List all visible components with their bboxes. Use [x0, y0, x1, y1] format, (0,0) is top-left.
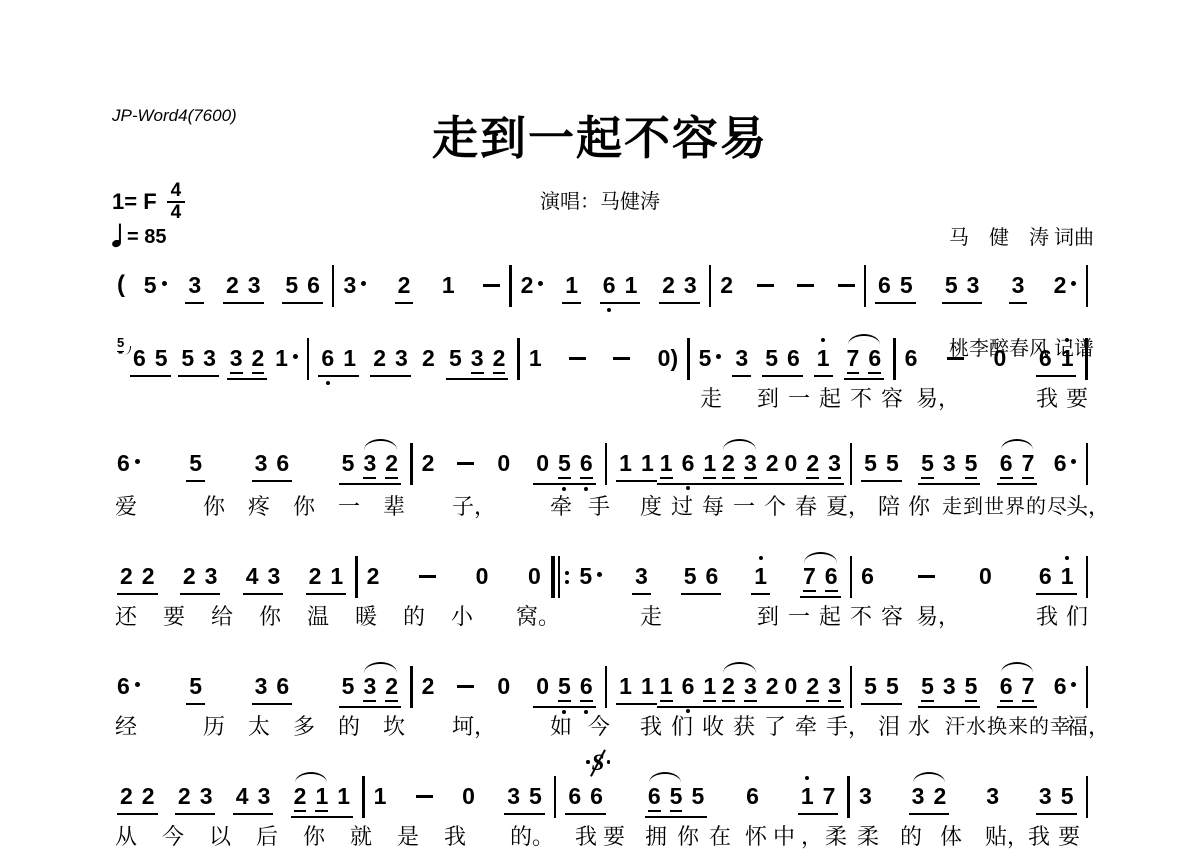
beam-group: 56	[282, 272, 323, 304]
beam-group: 32	[227, 345, 268, 380]
beam-group: 35	[504, 783, 545, 815]
jianpu-note: 5	[529, 783, 542, 809]
lyric-segment: 牵手	[550, 490, 626, 521]
jianpu-note: 6	[861, 563, 874, 589]
dash-rest-line	[457, 685, 474, 688]
beam-group: 11	[616, 673, 657, 705]
barline	[850, 556, 853, 598]
augmentation-dot-icon	[293, 354, 298, 359]
lyric-segment: 到一起不容	[757, 382, 912, 413]
jianpu-note: 1	[337, 783, 350, 809]
measure: 6536532	[110, 450, 408, 485]
measure: 5356176	[572, 563, 847, 598]
beam-group: 535	[918, 450, 980, 485]
jianpu-note: 2	[766, 450, 779, 476]
jianpu-note: 6	[276, 673, 289, 699]
measure: 11161232023	[609, 673, 848, 708]
beam-group: 655	[645, 783, 707, 818]
jianpu-note: 3	[859, 783, 872, 809]
lyric-segment: 福，	[1066, 710, 1110, 741]
jianpu-note: 0	[785, 673, 798, 699]
lyric-segment: 怀中，	[745, 820, 829, 850]
jianpu-note: 1	[625, 272, 638, 298]
jianpu-note: 6	[682, 673, 695, 699]
jianpu-note: 1	[374, 783, 387, 809]
lyric-segment: 我们收获了牵	[640, 710, 826, 741]
jianpu-note: 3	[684, 272, 697, 298]
dash-rest-line	[419, 575, 436, 578]
dash-rest-line	[947, 357, 964, 360]
lyric-segment: 贴，	[985, 820, 1029, 850]
jianpu-note: 3	[744, 673, 757, 702]
jianpu-note: 3	[343, 272, 366, 298]
jianpu-note: 2	[226, 272, 239, 298]
jianpu-note: 7	[803, 563, 816, 592]
jianpu-note: 2	[720, 272, 733, 298]
jianpu-note: 2	[373, 345, 386, 371]
lyric-segment: 我要	[1036, 382, 1096, 413]
jianpu-note: 2	[1054, 272, 1077, 298]
dash-rest-line	[483, 284, 500, 287]
beam-group: 36	[252, 450, 293, 482]
beam-group: 056	[533, 450, 595, 485]
beam-group: 76	[800, 563, 841, 598]
jianpu-note: 6	[580, 673, 593, 702]
beam-group: 53	[178, 345, 219, 377]
music-line-2: 565533216123253210)53561766061	[110, 345, 1090, 380]
beam-group: 23	[370, 345, 411, 377]
barline	[307, 338, 310, 380]
jianpu-note: 2	[120, 563, 133, 589]
lyric-segment: 窝。	[516, 600, 560, 631]
jianpu-note: 0	[785, 450, 798, 476]
jianpu-note: 6	[133, 345, 146, 371]
barline	[410, 443, 413, 485]
slur-arc-icon: 21	[294, 783, 329, 812]
jianpu-note: 3	[912, 783, 925, 809]
augmentation-dot-icon	[716, 354, 721, 359]
beam-group: 43	[243, 563, 284, 595]
segno-dot	[607, 760, 611, 764]
beam-group: 23	[223, 272, 264, 304]
jianpu-note: 5	[189, 450, 202, 476]
jianpu-note: 3	[395, 345, 408, 371]
jianpu-note: 0	[528, 563, 541, 589]
beam-group: 65	[130, 345, 171, 377]
credit-lyricist-composer: 马 健 涛 词曲	[949, 220, 1094, 257]
beam-group: 2	[395, 272, 414, 304]
barline	[355, 556, 358, 598]
beam-group: 5	[186, 450, 205, 482]
jianpu-note: 6	[568, 783, 581, 809]
jianpu-note: 6	[276, 450, 289, 476]
measure: (532356	[110, 272, 330, 304]
beam-group: 1	[814, 345, 833, 377]
barline	[864, 265, 867, 307]
beam-group: 023	[782, 673, 844, 708]
jianpu-note: 6	[1000, 673, 1013, 702]
barline	[332, 265, 335, 307]
augmentation-dot-icon	[1071, 281, 1076, 286]
jianpu-note: 0	[536, 450, 549, 476]
jianpu-note: 6	[1054, 673, 1077, 699]
beam-group: 55	[861, 450, 902, 482]
jianpu-note: 1	[1061, 563, 1074, 589]
barline	[687, 338, 690, 380]
jianpu-note: 1	[641, 450, 654, 476]
lyric-segment: 的	[900, 820, 922, 850]
jianpu-note: 2	[252, 345, 265, 374]
jianpu-note: 2	[422, 450, 435, 476]
beam-group: 35	[1036, 783, 1077, 815]
lyric-segment: 的。	[510, 820, 554, 850]
jianpu-note: 2	[309, 563, 322, 589]
jianpu-note: 2	[722, 450, 735, 479]
lyric-segment: 子，	[452, 490, 496, 521]
jianpu-note: 5	[945, 272, 958, 298]
barline	[1086, 666, 1089, 708]
jianpu-note: 1	[660, 450, 673, 479]
jianpu-note: 7	[1022, 450, 1035, 479]
jianpu-note: 6	[878, 272, 891, 298]
jianpu-note: 2	[385, 673, 398, 702]
measure: 56553321	[110, 345, 305, 380]
jianpu-note: 0	[476, 563, 489, 589]
lyric-segment: 走	[640, 600, 662, 631]
lyric-segment: 我要	[1028, 820, 1088, 850]
jianpu-note: 3	[188, 272, 201, 298]
measure: 216123	[514, 272, 707, 304]
jianpu-note: 3	[255, 450, 268, 476]
repeat-start-icon	[551, 556, 570, 598]
beam-group: 21	[306, 563, 347, 595]
lyric-segment: 到一起不容	[757, 600, 912, 631]
barline	[847, 776, 850, 818]
jianpu-note: 1	[275, 345, 298, 371]
tempo-marking: = 85	[112, 226, 166, 249]
beam-group: 056	[533, 673, 595, 708]
quarter-note-icon	[111, 239, 122, 248]
measure: 200	[360, 563, 548, 589]
dash-rest-line	[797, 284, 814, 287]
barline	[517, 338, 520, 380]
lyric-segment: 还要给你温暖的小	[115, 600, 499, 631]
jianpu-note: 5	[900, 272, 913, 298]
jianpu-note: 4	[236, 783, 249, 809]
slur-arc-icon: 76	[847, 345, 882, 374]
beam-group: 161	[657, 673, 719, 708]
jianpu-note: 6	[905, 345, 918, 371]
lyric-segment: 泪水	[878, 710, 938, 741]
lyric-segment: 汗水换来的幸	[945, 710, 1071, 739]
slur-arc-icon: 67	[1000, 450, 1035, 479]
lyric-segment: 如今	[550, 710, 626, 741]
jianpu-note: 0	[979, 563, 992, 589]
jianpu-note: 2	[178, 783, 191, 809]
key-label: 1= F	[112, 189, 157, 215]
beam-group: 36	[252, 673, 293, 705]
beam-group: 232	[719, 673, 781, 708]
meter-numerator: 4	[167, 182, 186, 203]
jianpu-note: 3	[203, 345, 216, 371]
beam-group: 3	[185, 272, 204, 304]
jianpu-note: 1	[754, 563, 767, 589]
jianpu-note: 6	[746, 783, 759, 809]
jianpu-note: 5	[765, 345, 778, 371]
jianpu-note: 3	[943, 673, 956, 699]
jianpu-note: 2	[142, 783, 155, 809]
beam-group: 211	[291, 783, 353, 818]
repeat-thin-bar	[558, 556, 560, 598]
jianpu-note: 0	[497, 673, 510, 699]
beam-group: 55	[861, 673, 902, 705]
augmentation-dot-icon	[1071, 459, 1076, 464]
dash-rest-line	[613, 357, 630, 360]
jianpu-note: 3	[828, 450, 841, 479]
beam-group: 532	[339, 673, 401, 708]
jianpu-note: 7	[823, 783, 836, 809]
jianpu-note: 1	[641, 673, 654, 699]
jianpu-note: 6	[868, 345, 881, 374]
beam-group: 1	[751, 563, 770, 595]
jianpu-note: 5	[558, 673, 571, 702]
dash-rest-line	[838, 284, 855, 287]
jianpu-note: 5	[181, 345, 194, 371]
jianpu-note: 0	[536, 673, 549, 699]
segno-icon: S	[590, 749, 606, 777]
jianpu-note: 2	[722, 673, 735, 702]
lyric-line-3: 爱你疼你一辈子，牵手度过每一个春夏，陪你走到世界的尽头，	[0, 490, 1200, 520]
measure: 222343211	[110, 783, 360, 818]
jianpu-note: 1	[619, 673, 632, 699]
slur-arc-icon: 76	[803, 563, 838, 592]
beam-group: 61	[1036, 563, 1077, 595]
jianpu-note: 3	[471, 345, 484, 374]
jianpu-note: 2	[422, 345, 435, 371]
slur-arc-icon: 23	[722, 673, 757, 702]
beam-group: 3	[732, 345, 751, 377]
augmentation-dot-icon	[538, 281, 543, 286]
augmentation-dot-icon	[135, 459, 140, 464]
jianpu-note: 5	[155, 345, 168, 371]
jianpu-note: 3	[735, 345, 748, 371]
jianpu-note: 1	[343, 345, 356, 371]
jianpu-note: 7	[1022, 673, 1035, 702]
jianpu-note: 3	[1039, 783, 1052, 809]
jianpu-note: 0	[994, 345, 1007, 371]
barline	[605, 443, 608, 485]
lyric-segment: 我们	[1036, 600, 1096, 631]
beam-group: 61	[318, 345, 359, 377]
jianpu-note: 6	[1039, 563, 1052, 589]
beam-group: 3	[632, 563, 651, 595]
barline	[850, 666, 853, 708]
measure: 6536532	[110, 673, 408, 708]
lyric-segment: 拥你在	[645, 820, 741, 850]
barline	[410, 666, 413, 708]
beam-group: 56	[762, 345, 803, 377]
barline	[1086, 776, 1089, 818]
beam-group: 23	[180, 563, 221, 595]
jianpu-note: 3	[258, 783, 271, 809]
measure: 6061	[898, 345, 1084, 377]
jianpu-note: 1	[442, 272, 455, 298]
beam-group: 22	[117, 783, 158, 815]
lyric-segment: 你疼你一辈	[203, 490, 428, 521]
jianpu-note: 3	[268, 563, 281, 589]
jianpu-note: 1	[565, 272, 578, 298]
beam-group: 67	[997, 450, 1038, 485]
beam-group: 56	[681, 563, 722, 595]
jianpu-note: 5	[684, 563, 697, 589]
jianpu-note: 2	[398, 272, 411, 298]
beam-group: 67	[997, 673, 1038, 708]
jianpu-note: 6	[117, 673, 140, 699]
jianpu-note: 3	[507, 783, 520, 809]
lyric-segment: 坷，	[452, 710, 496, 741]
jianpu-note: 0)	[658, 345, 678, 371]
jianpu-note: 2	[385, 450, 398, 479]
music-line-6: S222343211103566655617332335	[110, 783, 1090, 818]
slur-arc-icon: 32	[912, 783, 947, 809]
measure: 6061	[854, 563, 1083, 595]
jianpu-note: 6	[603, 272, 616, 298]
lyric-segment: 我要	[575, 820, 631, 850]
jianpu-note: 3	[205, 563, 218, 589]
barline	[605, 666, 608, 708]
jianpu-note: 5	[921, 673, 934, 702]
grace-note: 5	[117, 335, 124, 352]
jianpu-note: 1	[619, 450, 632, 476]
jianpu-note: 1	[703, 673, 716, 702]
augmentation-dot-icon	[135, 682, 140, 687]
jianpu-note: 1	[529, 345, 542, 371]
jianpu-note: 5	[285, 272, 298, 298]
jianpu-note: 3	[200, 783, 213, 809]
beam-group: 535	[918, 673, 980, 708]
augmentation-dot-icon	[597, 572, 602, 577]
measure: 10)	[522, 345, 685, 371]
measure: 5356176	[692, 345, 891, 380]
dash-rest-line	[416, 795, 433, 798]
lyric-segment: 陪你	[878, 490, 938, 521]
slur-arc-icon: 23	[722, 450, 757, 479]
jianpu-note: 5	[864, 673, 877, 699]
jianpu-note: 2	[422, 673, 435, 699]
beam-group: 22	[117, 563, 158, 595]
jianpu-note: 1	[703, 450, 716, 479]
jianpu-note: 5	[670, 783, 683, 812]
beam-group: 66	[565, 783, 606, 815]
lyric-segment: 历太多的坎	[203, 710, 428, 741]
lyric-segment: 经	[115, 710, 137, 741]
lyric-segment: 头，	[1066, 490, 1110, 521]
segno-slash	[590, 749, 606, 776]
beam-group: 23	[175, 783, 216, 815]
segno-dot	[586, 760, 590, 764]
lyric-line-6: 从今以后你就是我的。我要拥你在怀中，柔柔的体贴，我要	[0, 820, 1200, 850]
repeat-dots	[565, 571, 569, 584]
lyric-segment: 夏，	[826, 490, 870, 521]
lyric-segment: 从今以后你就是我	[115, 820, 491, 850]
measure: 11161232023	[609, 450, 848, 485]
barline	[362, 776, 365, 818]
measure: 55535676	[854, 450, 1083, 485]
lyric-segment: 手，	[826, 710, 870, 741]
jianpu-note: 6	[580, 450, 593, 479]
beam-group: 61	[1036, 345, 1077, 377]
jianpu-note: 3	[744, 450, 757, 479]
augmentation-dot-icon	[162, 281, 167, 286]
augmentation-dot-icon	[1071, 682, 1076, 687]
jianpu-note: 5	[449, 345, 462, 371]
music-line-3: 6536532200561116123202355535676	[110, 450, 1090, 485]
jianpu-note: 5	[864, 450, 877, 476]
lyric-line-5: 经历太多的坎坷，如今我们收获了牵手，泪水汗水换来的幸福，	[0, 710, 1200, 740]
measure: 20056	[415, 450, 603, 485]
jianpu-note: 3	[1012, 272, 1025, 298]
beam-group: 61	[600, 272, 641, 304]
jianpu-note: 3	[363, 450, 376, 479]
measure: 66655617	[558, 783, 845, 818]
jianpu-note: 5	[699, 345, 722, 371]
jianpu-note: 5	[965, 673, 978, 702]
jianpu-note: 3	[363, 673, 376, 702]
jianpu-note: 3	[943, 450, 956, 476]
jianpu-note: 5	[886, 673, 899, 699]
measure: 321	[336, 272, 507, 304]
jianpu-note: 2	[521, 272, 544, 298]
beam-group: 53	[942, 272, 983, 304]
jianpu-note: 4	[246, 563, 259, 589]
dash-rest-line	[569, 357, 586, 360]
measure: 2	[713, 272, 861, 298]
jianpu-note: 1	[817, 345, 830, 371]
jianpu-note: 5	[1061, 783, 1074, 809]
beam-group: 65	[875, 272, 916, 304]
jianpu-note: 2	[183, 563, 196, 589]
jianpu-note: 3	[230, 345, 243, 374]
jianpu-note: 5	[886, 450, 899, 476]
jianpu-note: 3	[255, 673, 268, 699]
jianpu-note: 6	[117, 450, 140, 476]
beam-group: 5	[186, 673, 205, 705]
lyric-segment: 柔柔	[825, 820, 889, 850]
beam-group: 3	[1009, 272, 1028, 304]
lyric-segment: 走到世界的尽	[942, 490, 1068, 519]
beam-group: 32	[909, 783, 950, 815]
barline	[509, 265, 512, 307]
music-line-1: (5323563212161232655332	[110, 272, 1090, 307]
jianpu-note: 2	[120, 783, 133, 809]
beam-group: 161	[657, 450, 719, 485]
jianpu-note: 5	[342, 673, 355, 699]
music-line-4: 2223432120053561766061	[110, 563, 1090, 598]
jianpu-note: 6	[1039, 345, 1052, 371]
jianpu-note: 2	[806, 673, 819, 702]
jianpu-note: 2	[766, 673, 779, 699]
measure: 22234321	[110, 563, 353, 595]
dash-rest-line	[757, 284, 774, 287]
parenthesis: (	[117, 272, 125, 298]
jianpu-note: 6	[682, 450, 695, 476]
beam-group: 11	[616, 450, 657, 482]
jianpu-note: 2	[367, 563, 380, 589]
barline	[554, 776, 557, 818]
jianpu-note: 6	[825, 563, 838, 592]
jianpu-note: 5	[144, 272, 167, 298]
dash-rest-line	[457, 462, 474, 465]
